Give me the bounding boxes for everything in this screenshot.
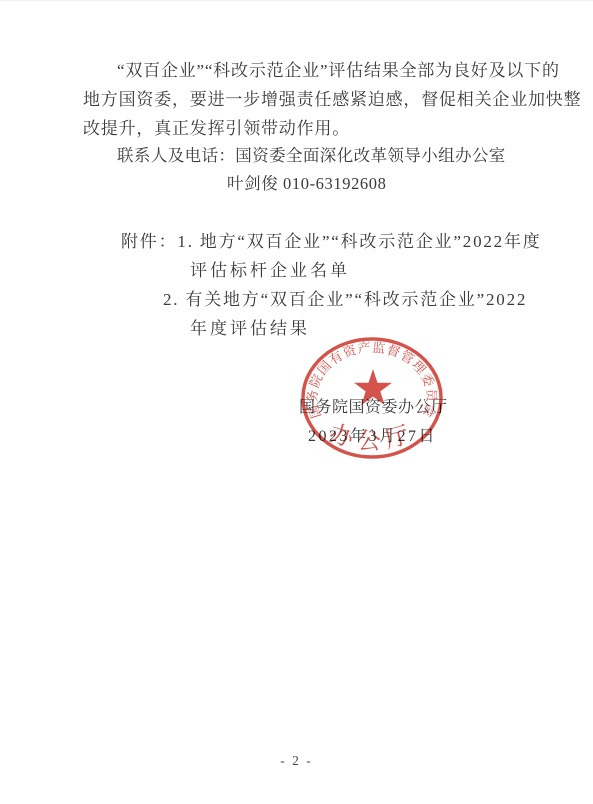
- paragraph-line: “双百企业”“科改示范企业”评估结果全部为良好及以下的: [117, 62, 560, 79]
- star-icon: [354, 369, 392, 405]
- official-seal: 国务院国有资产监督管理委员会 办公厅: [292, 323, 452, 483]
- paragraph-line: 地方国资委，要进一步增强责任感紧迫感，督促相关企业加快整: [83, 91, 581, 108]
- attachment-line: 评估标杆企业名单: [190, 262, 350, 279]
- contact-phone-line: 叶剑俊 010-63192608: [227, 176, 386, 193]
- contact-line: 联系人及电话：国资委全面深化改革领导小组办公室: [117, 148, 506, 165]
- attachment-line: 2. 有关地方“双百企业”“科改示范企业”2022: [163, 291, 527, 308]
- paragraph-line: 改提升，真正发挥引领带动作用。: [83, 120, 350, 137]
- seal-bottom-text: 办公厅: [326, 420, 418, 454]
- document-page: “双百企业”“科改示范企业”评估结果全部为良好及以下的 地方国资委，要进一步增强…: [0, 0, 593, 804]
- page-number: - 2 -: [0, 753, 593, 769]
- seal-bottom-text-holder: 办公厅: [326, 420, 418, 454]
- attachment-line: 附件：1. 地方“双百企业”“科改示范企业”2022年度: [121, 233, 542, 250]
